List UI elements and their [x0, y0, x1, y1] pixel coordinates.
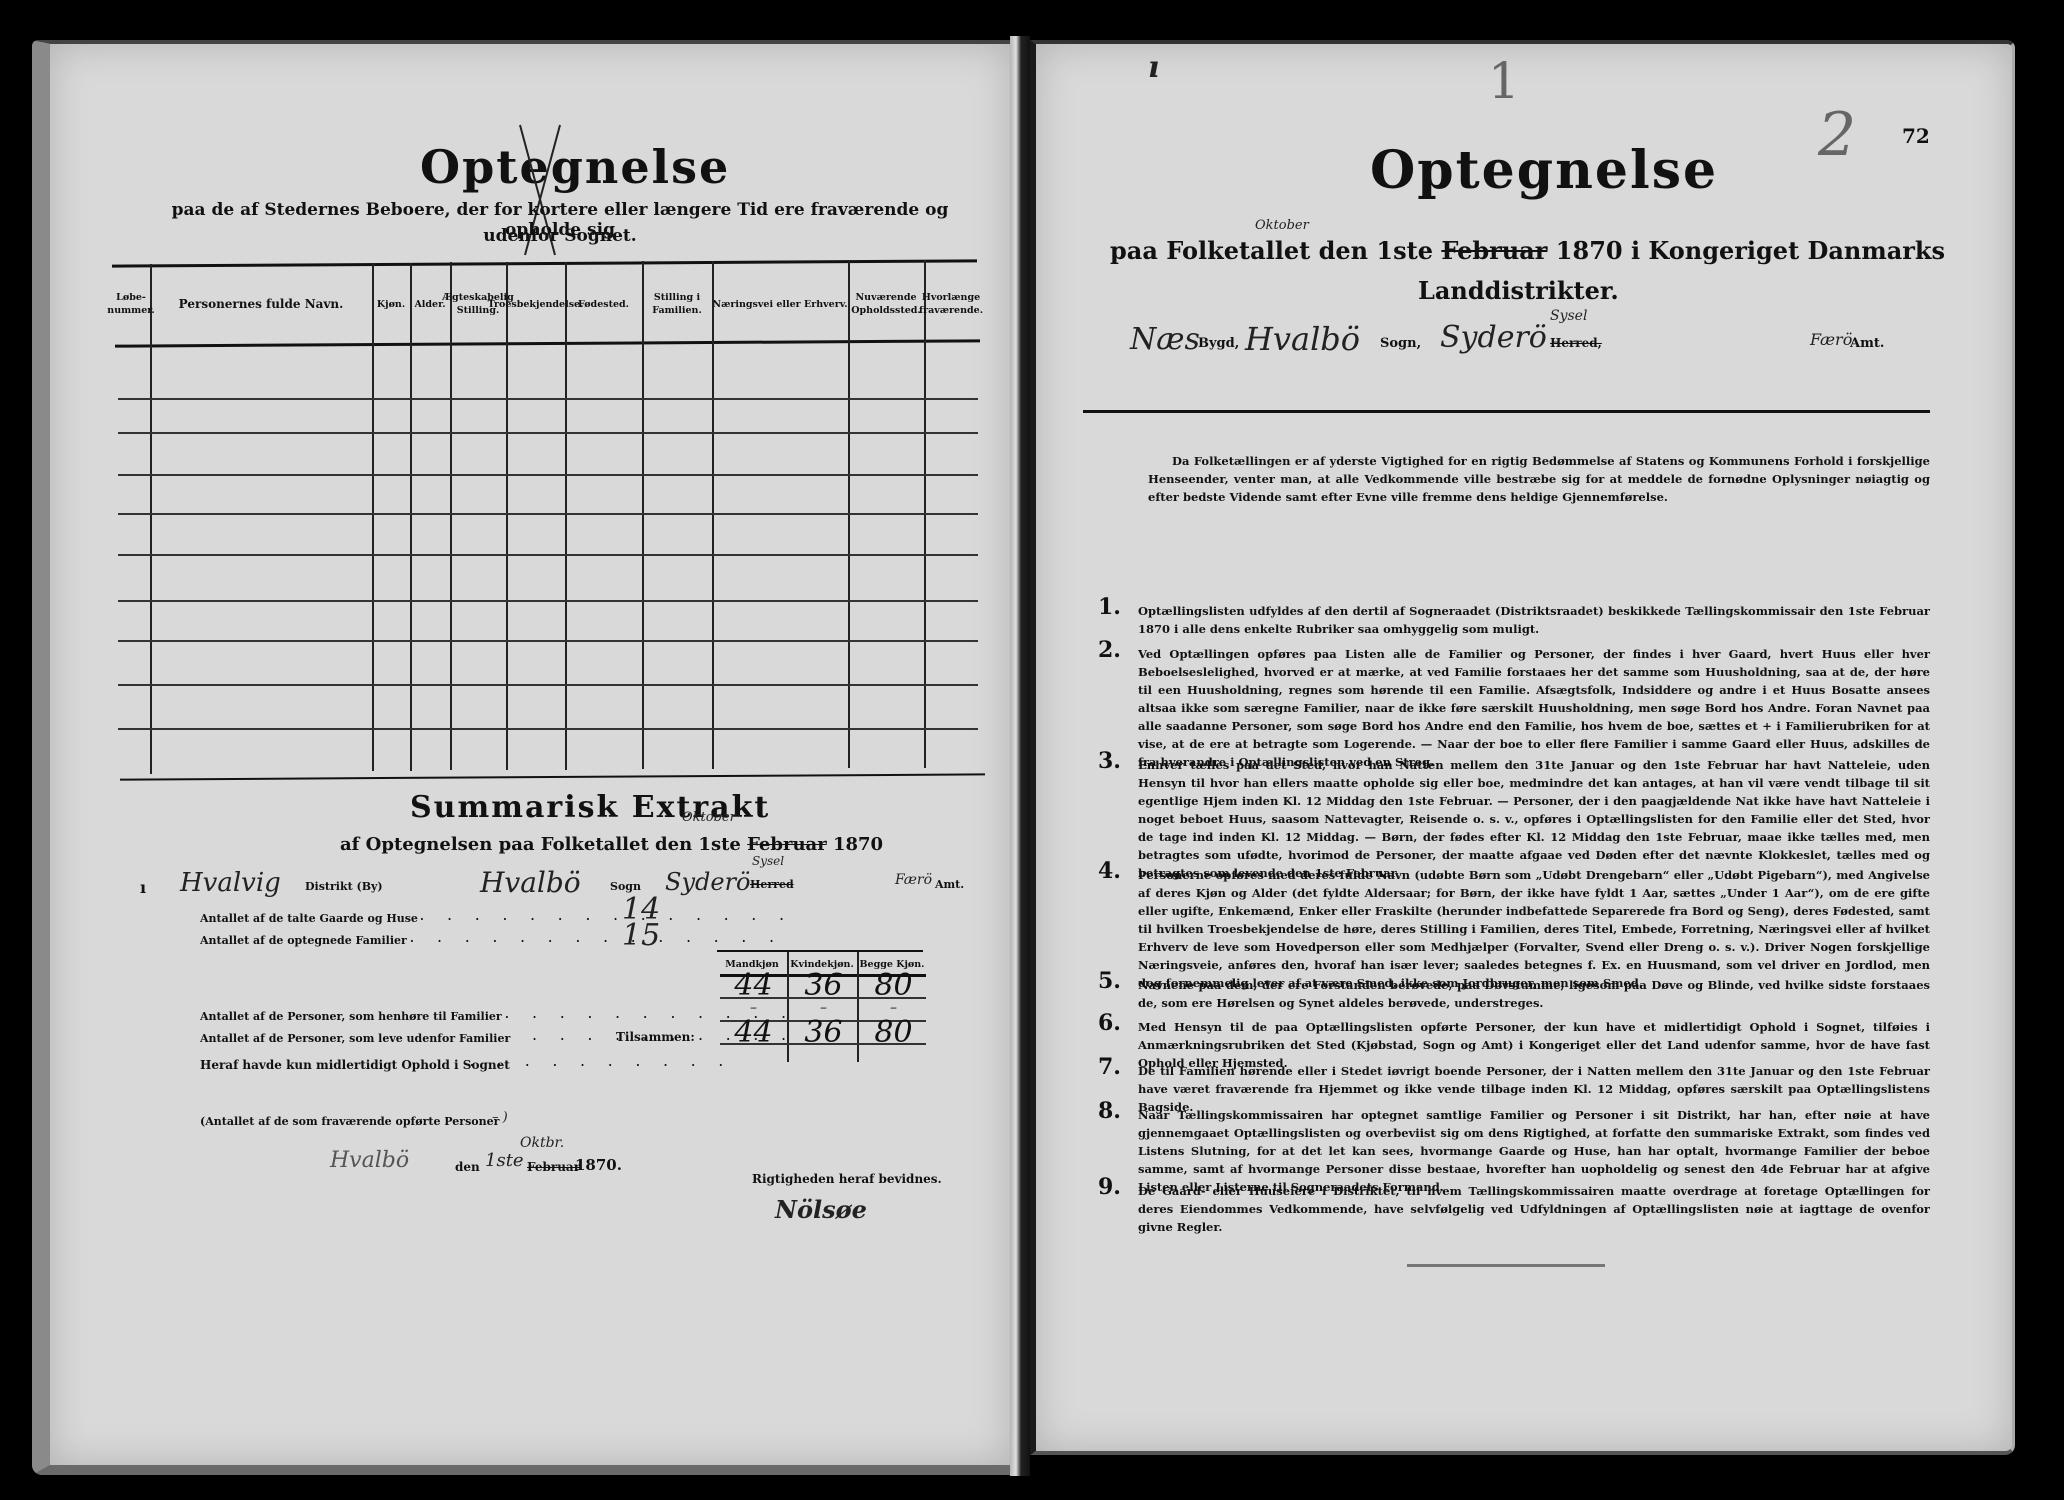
col-header-sex: Kjøn.: [372, 268, 410, 340]
table-row: [118, 684, 978, 686]
table-row: [118, 640, 978, 642]
extract-subtitle-prefix: af Optegnelsen paa Folketallet den 1ste: [340, 834, 741, 855]
book-spine: [1010, 36, 1030, 1476]
left-page-title: Optegnelse: [420, 140, 730, 194]
census-month-handwritten: Oktober: [1255, 218, 1309, 233]
handwritten-page-mark-2: 2: [1818, 100, 1856, 170]
right-page-subtitle-line2: Landdistrikter.: [1418, 276, 1619, 305]
extract-row-label: Antallet af de Personer, som henhøre til…: [200, 1010, 502, 1023]
margin-mark: ı: [1148, 50, 1159, 85]
rule-text: Ved Optællingen opføres paa Listen alle …: [1138, 645, 1930, 771]
location-line: Næs Bygd, Hvalbö Sogn, Syderö Sysel Herr…: [1110, 318, 1950, 368]
intro-text: Da Folketællingen er af yderste Vigtighe…: [1148, 452, 1930, 506]
bygd-handwritten: Næs: [1130, 322, 1200, 357]
rule-number: 5.: [1098, 972, 1121, 990]
certify-label: Rigtigheden heraf bevidnes.: [752, 1172, 942, 1186]
table-row: [118, 728, 978, 730]
date-month-struck: Februar: [527, 1160, 580, 1174]
extract-cell-both: 80: [860, 968, 927, 1003]
closing-rule: [1407, 1264, 1605, 1267]
extract-subtitle: af Optegnelsen paa Folketallet den 1ste …: [340, 834, 883, 855]
table-row: [118, 474, 978, 476]
herred-struck-label: Herred: [750, 878, 794, 891]
subtitle-prefix: paa Folketallet den 1ste: [1110, 236, 1433, 265]
table-row: [118, 398, 978, 400]
extract-subtitle-year: 1870: [833, 834, 883, 855]
rule-2: 2. Ved Optællingen opføres paa Listen al…: [1100, 645, 1930, 771]
extract-cell-male: 44: [720, 968, 787, 1003]
table-row: [118, 554, 978, 556]
rule-text: Enhver tælles paa det Sted, hvor han Nat…: [1138, 756, 1930, 882]
extract-cell-male: –: [720, 1000, 787, 1016]
amt-label: Amt.: [935, 878, 964, 891]
handwritten-page-mark-1: 1: [1488, 52, 1520, 110]
col-header-birthplace: Fødested.: [565, 268, 642, 340]
col-header-absence-duration: Hvorlænge fraværende.: [924, 268, 978, 340]
bygd-label: Bygd,: [1198, 336, 1239, 351]
rule-5: 5. Navnene paa dem, der ere Forstanden b…: [1100, 976, 1930, 1012]
absent-count-value: – ): [492, 1110, 508, 1125]
col-header-name: Personernes fulde Navn.: [150, 268, 372, 340]
rule-number: 1.: [1098, 598, 1121, 616]
date-month-handwritten: Oktbr.: [520, 1135, 564, 1151]
rule-number: 2.: [1098, 641, 1121, 659]
gaarde-label: Antallet af de talte Gaarde og Huse: [200, 912, 418, 925]
divider-rule: [1083, 410, 1930, 413]
date-year: 1870.: [575, 1156, 622, 1174]
rule-3: 3. Enhver tælles paa det Sted, hvor han …: [1100, 756, 1930, 882]
sogn-label: Sogn,: [1380, 336, 1421, 351]
sogn-handwritten: Hvalbö: [1245, 320, 1360, 358]
rule-number: 4.: [1098, 862, 1121, 880]
rule-text: Navnene paa dem, der ere Forstanden berø…: [1138, 976, 1930, 1012]
table-row: [118, 513, 978, 515]
absent-count-label: (Antallet af de som fraværende opførte P…: [200, 1115, 499, 1128]
page-number: 72: [1902, 124, 1930, 148]
date-prefix: den: [455, 1160, 480, 1174]
rule-4: 4. Personerne opføres med deres fulde Na…: [1100, 866, 1930, 992]
extract-cell-female: –: [790, 1000, 857, 1016]
rule-9: 9. De Gaard- eller Huuseiere i Distrikte…: [1100, 1182, 1930, 1236]
extract-row-label: Antallet af de Personer, som leve udenfo…: [200, 1032, 510, 1045]
district-label: Distrikt (By): [305, 880, 383, 893]
amt-handwritten: Færö: [895, 872, 932, 888]
rule-number: 3.: [1098, 752, 1121, 770]
rule-number: 8.: [1098, 1102, 1121, 1120]
subtitle-suffix: 1870 i Kongeriget Danmarks: [1556, 236, 1945, 265]
extract-month-handwritten: Oktober: [682, 810, 736, 825]
col-header-occupation: Næringsvei eller Erhverv.: [712, 268, 848, 340]
rule-number: 7.: [1098, 1058, 1121, 1076]
herred-handwritten: Syderö: [1440, 320, 1547, 355]
date-day-handwritten: 1ste: [485, 1150, 524, 1171]
rule-number: 9.: [1098, 1178, 1121, 1196]
familier-value: 15: [622, 918, 660, 953]
signature: Nölsøe: [775, 1195, 867, 1224]
extract-cell-both: 80: [860, 1015, 927, 1050]
herred-handwritten: Syderö: [665, 868, 751, 896]
rule-text: De Gaard- eller Huuseiere i Distriktet, …: [1138, 1182, 1930, 1236]
leader-dots: . . . . . . . . . . . . . .: [410, 932, 783, 945]
subtitle-struck-month: Februar: [1441, 236, 1547, 265]
extract-cell-both: –: [860, 1000, 927, 1016]
extract-row-label: Heraf havde kun midlertidigt Ophold i So…: [200, 1058, 510, 1072]
extract-location-line: ı Hvalvig Distrikt (By) Hvalbö Sogn Syde…: [140, 870, 1000, 900]
col-header-family-position: Stilling i Familien.: [642, 268, 712, 340]
intro-paragraph: Da Folketællingen er af yderste Vigtighe…: [1100, 452, 1930, 506]
sysel-handwritten: Sysel: [1550, 308, 1587, 324]
table-row: [118, 432, 978, 434]
extract-cell-female: 36: [790, 1015, 857, 1050]
col-header-current-residence: Nuværende Opholdssted.: [848, 268, 924, 340]
extract-cell-male: 44: [720, 1015, 787, 1050]
leader-dots: . . . . . . . . . .: [470, 1056, 733, 1069]
herred-struck-label: Herred,: [1550, 336, 1602, 350]
amt-handwritten: Færö: [1810, 330, 1852, 349]
rule-text: Personerne opføres med deres fulde Navn …: [1138, 866, 1930, 992]
table-row: [118, 600, 978, 602]
rule-1: 1. Optællingslisten udfyldes af den dert…: [1100, 602, 1930, 638]
right-page-subtitle: paa Folketallet den 1ste Februar 1870 i …: [1110, 236, 1945, 265]
extract-subtitle-struck-month: Februar: [747, 834, 827, 855]
extract-cell-female: 36: [790, 968, 857, 1003]
sogn-handwritten: Hvalbö: [480, 866, 581, 899]
left-page-subtitle-line2: udenfor Sognet.: [140, 226, 980, 246]
sysel-handwritten: Sysel: [752, 854, 784, 868]
district-handwritten: Hvalvig: [180, 868, 281, 898]
col-header-number: Løbe-nummer.: [112, 268, 150, 340]
col-header-religion: Troesbekjendelse.: [506, 268, 565, 340]
amt-label: Amt.: [1850, 336, 1884, 351]
rule-number: 6.: [1098, 1014, 1121, 1032]
familier-label: Antallet af de optegnede Familier: [200, 934, 407, 947]
extract-total-label: Tilsammen:: [616, 1030, 695, 1044]
leader-dots: . . . . . . . . . . . . . .: [420, 910, 793, 923]
right-page-title: Optegnelse: [1370, 140, 1718, 201]
place-handwritten: Hvalbö: [330, 1148, 409, 1173]
rule-text: Optællingslisten udfyldes af den dertil …: [1138, 602, 1930, 638]
